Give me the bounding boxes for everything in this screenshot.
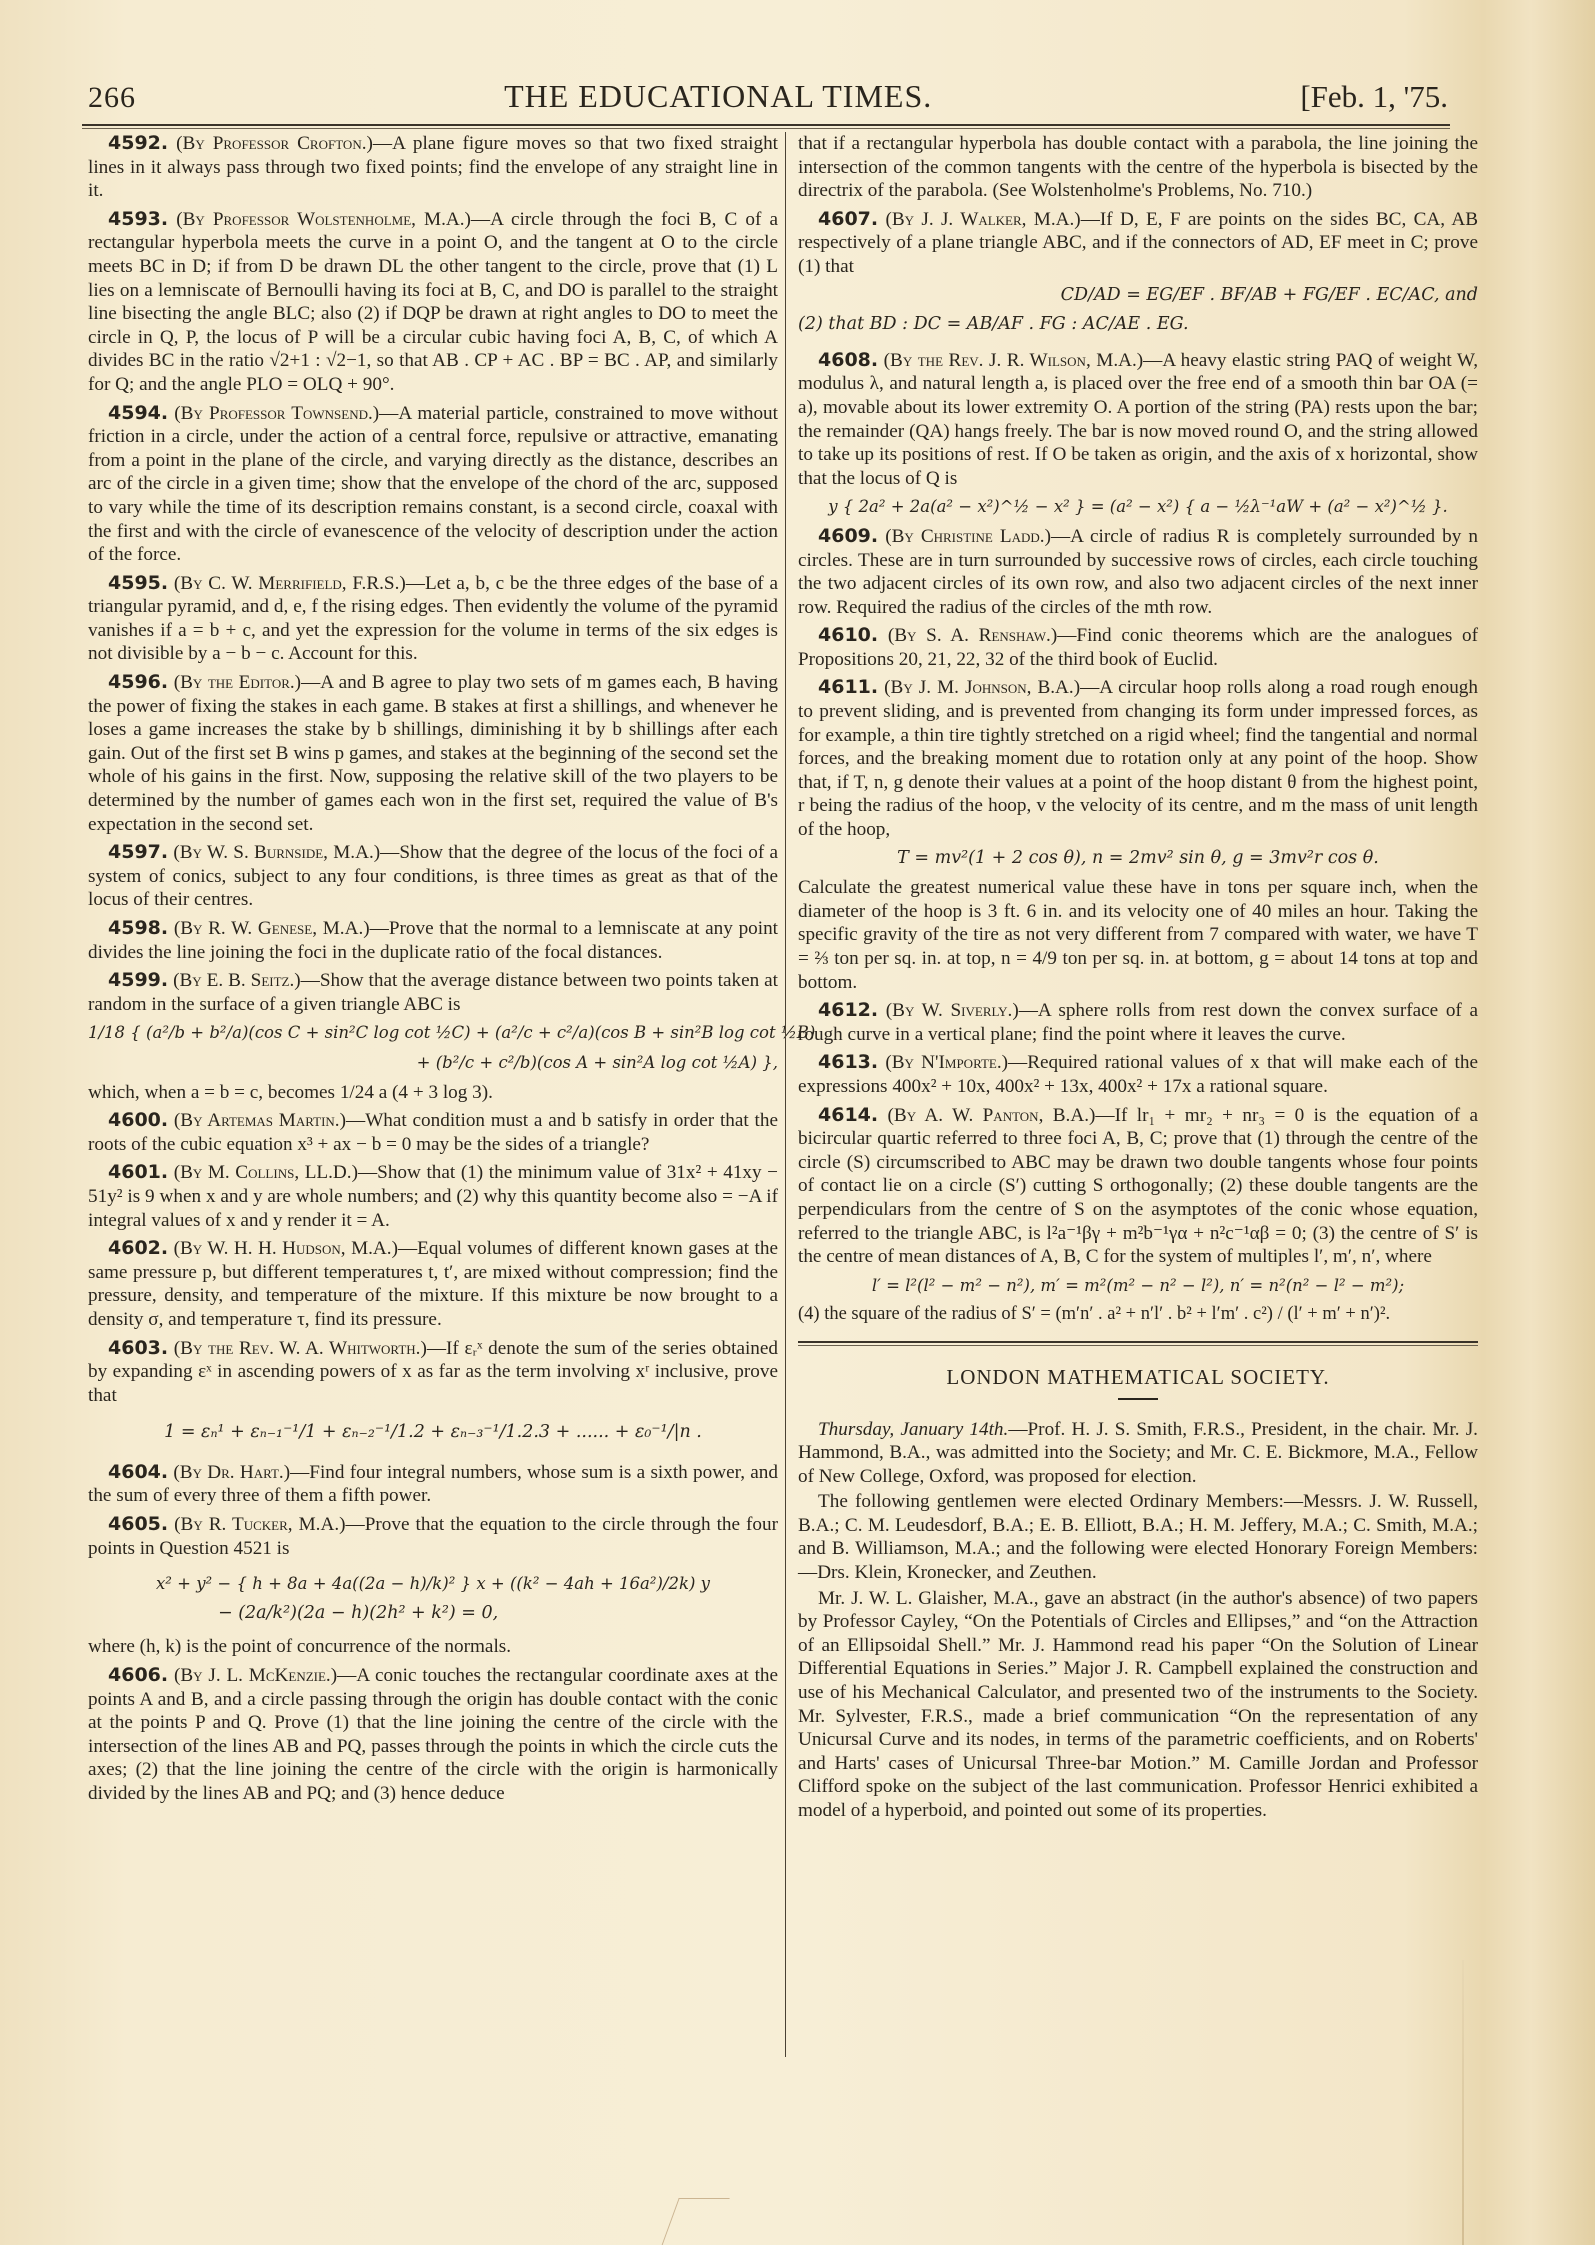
question-text: —A and B agree to play two sets of m gam… bbox=[88, 672, 778, 835]
question-number: 4611. bbox=[818, 676, 878, 698]
meeting-paragraph-2: The following gentlemen were elected Ord… bbox=[798, 1490, 1478, 1584]
question-author: (By A. W. Panton, B.A.) bbox=[888, 1105, 1096, 1126]
question-number: 4608. bbox=[818, 349, 878, 371]
question-text: —A material particle, constrained to mov… bbox=[88, 403, 778, 566]
question-number: 4609. bbox=[818, 525, 878, 547]
question-author: (By Professor Wolstenholme, M.A.) bbox=[176, 209, 471, 230]
formula-4614-radius: (4) the square of the radius of S′ = (m′… bbox=[798, 1303, 1478, 1327]
header-rule bbox=[82, 124, 1450, 126]
formula-4614-multiples: l′ = l²(l² − m² − n²), m′ = m²(m² − n² −… bbox=[798, 1274, 1478, 1298]
question-text: —A circle through the foci B, C of a rec… bbox=[88, 209, 778, 395]
question-4605-note: where (h, k) is the point of concurrence… bbox=[88, 1635, 778, 1659]
formula-4603: 1 = εₙ¹ + εₙ₋₁⁻¹/1 + εₙ₋₂⁻¹/1.2 + εₙ₋₃⁻¹… bbox=[88, 1421, 778, 1445]
header-rule-thin bbox=[82, 128, 1450, 129]
question-4594: 4594. (By Professor Townsend.)—A materia… bbox=[88, 402, 778, 567]
question-number: 4592. bbox=[108, 132, 168, 154]
question-number: 4594. bbox=[108, 402, 168, 424]
formula-4607-part2: (2) that BD : DC = AB/AF . FG : AC/AE . … bbox=[798, 313, 1478, 337]
question-text: —If lr₁ + mr₂ + nr₃ = 0 is the equation … bbox=[798, 1105, 1478, 1268]
question-4593: 4593. (By Professor Wolstenholme, M.A.)—… bbox=[88, 208, 778, 397]
question-4603: 4603. (By the Rev. W. A. Whitworth.)—If … bbox=[88, 1337, 778, 1408]
question-4607: 4607. (By J. J. Walker, M.A.)—If D, E, F… bbox=[798, 208, 1478, 279]
question-4600: 4600. (By Artemas Martin.)—What conditio… bbox=[88, 1109, 778, 1156]
section-divider bbox=[798, 1341, 1478, 1346]
question-author: (By R. Tucker, M.A.) bbox=[174, 1514, 345, 1535]
question-author: (By C. W. Merrifield, F.R.S.) bbox=[174, 573, 406, 594]
london-mathematical-society-report: LONDON MATHEMATICAL SOCIETY. Thursday, J… bbox=[798, 1366, 1478, 1823]
paper-fold-mark bbox=[661, 2198, 729, 2245]
formula-4605-line1: x² + y² − { h + 8a + 4a((2a − h)/k)² } x… bbox=[88, 1572, 778, 1596]
question-author: (By N'Importe.) bbox=[885, 1052, 1008, 1073]
question-4597: 4597. (By W. S. Burnside, M.A.)—Show tha… bbox=[88, 841, 778, 912]
question-number: 4605. bbox=[108, 1513, 168, 1535]
paper-crease bbox=[1462, 1960, 1464, 2245]
page-number: 266 bbox=[88, 81, 136, 115]
question-author: (By S. A. Renshaw.) bbox=[888, 625, 1057, 646]
question-number: 4612. bbox=[818, 999, 878, 1021]
formula-4611: T = mv²(1 + 2 cos θ), n = 2mv² sin θ, g … bbox=[798, 847, 1478, 871]
right-column: that if a rectangular hyperbola has doub… bbox=[786, 132, 1478, 1825]
formula-4599-line1: 1/18 { (a²/b + b²/a)(cos C + sin²C log c… bbox=[88, 1021, 778, 1045]
question-author: (By R. W. Genese, M.A.) bbox=[174, 918, 370, 939]
question-number: 4602. bbox=[108, 1237, 168, 1259]
question-4613: 4613. (By N'Importe.)—Required rational … bbox=[798, 1051, 1478, 1098]
question-number: 4596. bbox=[108, 671, 168, 693]
question-author: (By J. L. McKenzie.) bbox=[174, 1665, 337, 1686]
question-author: (By J. J. Walker, M.A.) bbox=[885, 209, 1080, 230]
formula-4608: y { 2a² + 2a(a² − x²)^½ − x² } = (a² − x… bbox=[798, 495, 1478, 519]
meeting-paragraph-1: Thursday, January 14th.—Prof. H. J. S. S… bbox=[798, 1418, 1478, 1489]
question-4596: 4596. (By the Editor.)—A and B agree to … bbox=[88, 671, 778, 836]
question-author: (By W. Siverly.) bbox=[886, 1000, 1019, 1021]
formula-4605-line2: − (2a/k²)(2a − h)(2h² + k²) = 0, bbox=[88, 1602, 778, 1626]
question-4606: 4606. (By J. L. McKenzie.)—A conic touch… bbox=[88, 1664, 778, 1806]
question-author: (By Christine Ladd.) bbox=[885, 526, 1051, 547]
question-number: 4607. bbox=[818, 208, 878, 230]
question-4612: 4612. (By W. Siverly.)—A sphere rolls fr… bbox=[798, 999, 1478, 1046]
question-author: (By the Editor.) bbox=[174, 672, 301, 693]
question-4592: 4592. (By Professor Crofton.)—A plane fi… bbox=[88, 132, 778, 203]
question-4610: 4610. (By S. A. Renshaw.)—Find conic the… bbox=[798, 624, 1478, 671]
question-number: 4600. bbox=[108, 1109, 168, 1131]
question-number: 4599. bbox=[108, 969, 168, 991]
masthead: 266 THE EDUCATIONAL TIMES. [Feb. 1, '75. bbox=[88, 78, 1448, 122]
question-number: 4598. bbox=[108, 917, 168, 939]
question-4599: 4599. (By E. B. Seitz.)—Show that the av… bbox=[88, 969, 778, 1016]
question-number: 4597. bbox=[108, 841, 168, 863]
question-author: (By Artemas Martin.) bbox=[174, 1110, 346, 1131]
question-author: (By the Rev. J. R. Wilson, M.A.) bbox=[884, 350, 1144, 371]
question-4614: 4614. (By A. W. Panton, B.A.)—If lr₁ + m… bbox=[798, 1104, 1478, 1269]
question-number: 4593. bbox=[108, 208, 168, 230]
question-author: (By Professor Townsend.) bbox=[174, 403, 379, 424]
question-number: 4603. bbox=[108, 1337, 168, 1359]
question-number: 4610. bbox=[818, 624, 878, 646]
question-4611-continued: Calculate the greatest numerical value t… bbox=[798, 876, 1478, 994]
question-author: (By W. S. Burnside, M.A.) bbox=[173, 842, 380, 863]
publication-title: THE EDUCATIONAL TIMES. bbox=[504, 78, 932, 115]
question-4611: 4611. (By J. M. Johnson, B.A.)—A circula… bbox=[798, 676, 1478, 841]
question-4605: 4605. (By R. Tucker, M.A.)—Prove that th… bbox=[88, 1513, 778, 1560]
question-author: (By Dr. Hart.) bbox=[173, 1462, 290, 1483]
question-4599-result: which, when a = b = c, becomes 1/24 a (4… bbox=[88, 1081, 778, 1105]
question-text: —A circular hoop rolls along a road roug… bbox=[798, 677, 1478, 840]
question-number: 4614. bbox=[818, 1104, 878, 1126]
question-number: 4601. bbox=[108, 1161, 168, 1183]
question-4601: 4601. (By M. Collins, LL.D.)—Show that (… bbox=[88, 1161, 778, 1232]
question-4595: 4595. (By C. W. Merrifield, F.R.S.)—Let … bbox=[88, 572, 778, 666]
formula-4607-part1: CD/AD = EG/EF . BF/AB + FG/EF . EC/AC, a… bbox=[798, 284, 1478, 308]
question-author: (By Professor Crofton.) bbox=[176, 133, 373, 154]
formula-4599-line2: + (b²/c + c²/b)(cos A + sin²A log cot ½A… bbox=[88, 1051, 778, 1075]
section-title: LONDON MATHEMATICAL SOCIETY. bbox=[798, 1366, 1478, 1390]
left-column: 4592. (By Professor Crofton.)—A plane fi… bbox=[88, 132, 778, 1811]
meeting-paragraph-3: Mr. J. W. L. Glaisher, M.A., gave an abs… bbox=[798, 1587, 1478, 1823]
question-4606-continued: that if a rectangular hyperbola has doub… bbox=[798, 132, 1478, 203]
question-number: 4595. bbox=[108, 572, 168, 594]
question-author: (By J. M. Johnson, B.A.) bbox=[884, 677, 1080, 698]
question-author: (By W. H. H. Hudson, M.A.) bbox=[174, 1238, 398, 1259]
issue-date: [Feb. 1, '75. bbox=[1300, 79, 1448, 115]
question-number: 4604. bbox=[108, 1461, 168, 1483]
question-author: (By M. Collins, LL.D.) bbox=[174, 1162, 358, 1183]
question-4604: 4604. (By Dr. Hart.)—Find four integral … bbox=[88, 1461, 778, 1508]
question-4609: 4609. (By Christine Ladd.)—A circle of r… bbox=[798, 525, 1478, 619]
question-4608: 4608. (By the Rev. J. R. Wilson, M.A.)—A… bbox=[798, 349, 1478, 491]
question-author: (By E. B. Seitz.) bbox=[173, 970, 301, 991]
question-number: 4606. bbox=[108, 1664, 168, 1686]
meeting-date: Thursday, January 14th. bbox=[818, 1419, 1008, 1440]
question-4602: 4602. (By W. H. H. Hudson, M.A.)—Equal v… bbox=[88, 1237, 778, 1331]
question-author: (By the Rev. W. A. Whitworth.) bbox=[174, 1338, 427, 1359]
question-number: 4613. bbox=[818, 1051, 878, 1073]
title-dash bbox=[1118, 1398, 1158, 1400]
question-4598: 4598. (By R. W. Genese, M.A.)—Prove that… bbox=[88, 917, 778, 964]
